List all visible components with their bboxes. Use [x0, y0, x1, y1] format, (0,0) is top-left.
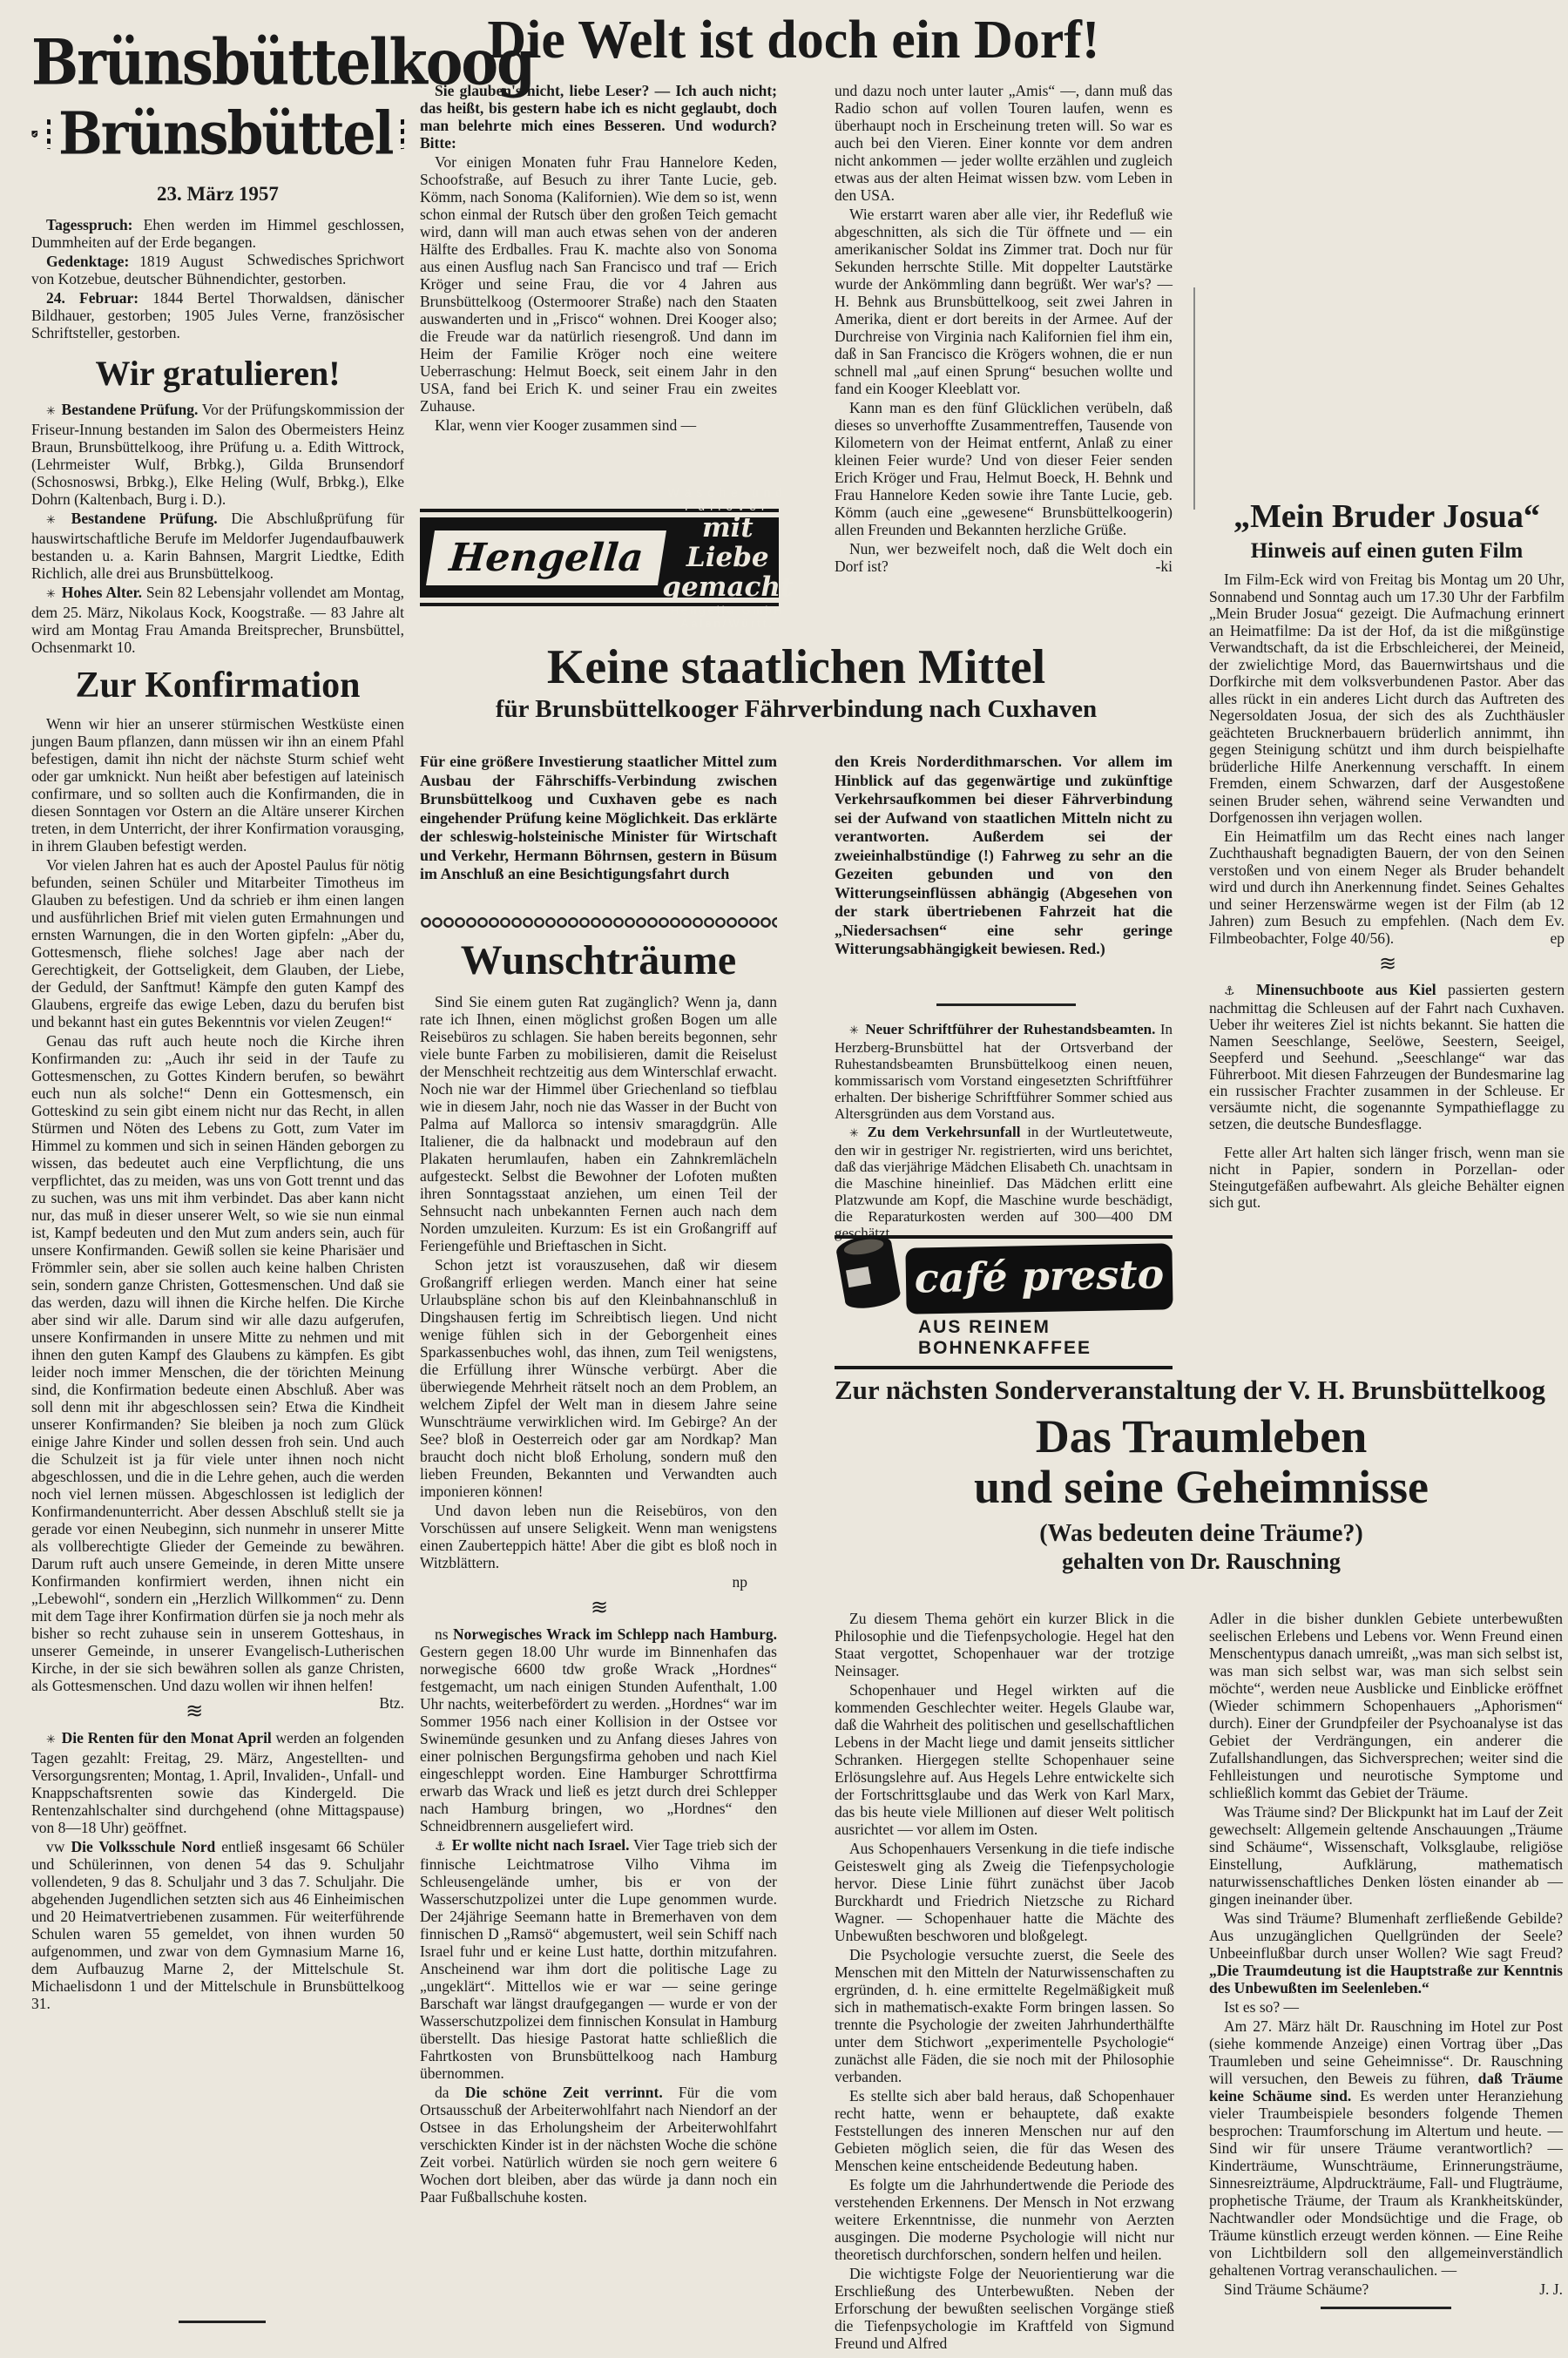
traum-paragraph: Am 27. März hält Dr. Rauschning im Hotel…: [1209, 2017, 1563, 2279]
masthead-flourish-right: [401, 119, 404, 150]
wave-divider: ≋: [420, 1596, 777, 1618]
svg-text:⚓: ⚓: [33, 132, 37, 137]
column-divider-rule: [1193, 287, 1195, 510]
cafe-presto-ad[interactable]: café presto AUS REINEM BOHNENKAFFEE: [835, 1232, 1173, 1373]
star-icon: ✳: [46, 1733, 57, 1747]
minensuch-notice: ⚓ Minensuchboote aus Kiel passierten ges…: [1209, 982, 1565, 1132]
hengella-company: Hengella GmbH Aalen/Württ.: [662, 604, 793, 630]
presto-subline: AUS REINEM BOHNENKAFFEE: [918, 1317, 1173, 1359]
josua-paragraph: Im Film-Eck wird von Freitag bis Montag …: [1209, 571, 1565, 827]
hengella-tagline-main: mit Liebe gemacht: [662, 513, 793, 602]
traum-article-col-left: Zu diesem Thema gehört ein kurzer Blick …: [835, 1610, 1174, 2354]
tagesspruch: Tagesspruch: Ehen werden im Himmel gesch…: [31, 216, 404, 251]
schriftfuehrer-notice: ✳ Neuer Schriftführer der Ruhestandsbeam…: [835, 1021, 1173, 1122]
item-lead: Hohes Alter.: [62, 584, 142, 601]
masthead: Brünsbüttelkoog ⚓ Brünsbüttel 23. März 1…: [31, 35, 404, 206]
wunschtraeume-paragraph: Schon jetzt ist vorauszusehen, daß wir d…: [420, 1256, 777, 1500]
item-lead: Bestandene Prüfung.: [62, 401, 199, 418]
gratulieren-item: ✳ Hohes Alter. Sein 82 Lebensjahr vollen…: [31, 584, 404, 656]
konfirmation-text: Genau das ruft auch heute noch die Kirch…: [31, 1032, 404, 1694]
traum-bold-quote: „Die Traumdeutung ist die Hauptstraße zu…: [1209, 1962, 1563, 1997]
unfall-text: in der Wurtleutetweute, den wir in gestr…: [835, 1124, 1173, 1241]
author-sig: -ki: [1132, 557, 1173, 575]
wunschtraeume-title: Wunschträume: [420, 937, 777, 984]
wrack-text: Gestern gegen 18.00 Uhr wurde im Binnenh…: [420, 1643, 777, 1834]
welt-closing: Nun, wer bezweifelt noch, daß die Welt d…: [835, 540, 1173, 575]
traum-title-block: Das Traumleben und seine Geheimnisse (Wa…: [835, 1411, 1568, 1575]
star-icon: ✳: [849, 1024, 861, 1037]
zeit-text: Für die vom Ortsausschuß der Arbeiterwoh…: [420, 2084, 777, 2206]
traum-paragraph: Es folgte um die Jahrhundertwende die Pe…: [835, 2176, 1174, 2263]
konfirmation-paragraph: Vor vielen Jahren hat es auch der Aposte…: [31, 856, 404, 1030]
welt-paragraph: Wie erstarrt waren aber alle vier, ihr R…: [835, 206, 1173, 397]
hengella-logo: Hengella: [426, 530, 666, 585]
minensuch-text: passierten gestern nachmittag die Schleu…: [1209, 981, 1565, 1132]
section-rule: [936, 1003, 1076, 1006]
traum-title-line1: Das Traumleben: [835, 1411, 1568, 1462]
israel-lead: Er wollte nicht nach Israel.: [452, 1836, 630, 1854]
josua-text: Ein Heimatfilm um das Recht eines nach l…: [1209, 828, 1565, 947]
volksschule-lead: Die Volksschule Nord: [71, 1838, 215, 1855]
faehre-headline: Keine staatlichen Mittel: [418, 642, 1174, 693]
josua-paragraph: Ein Heimatfilm um das Recht eines nach l…: [1209, 828, 1565, 948]
josua-title: „Mein Bruder Josua“: [1209, 498, 1565, 535]
welt-closing-text: Nun, wer bezweifelt noch, daß die Welt d…: [835, 540, 1173, 575]
welt-paragraph: Vor einigen Monaten fuhr Frau Hannelore …: [420, 153, 777, 415]
gedenktag2-label: 24. Februar:: [46, 289, 139, 307]
konfirmation-paragraph: Genau das ruft auch heute noch die Kirch…: [31, 1032, 404, 1694]
welt-paragraph: und dazu noch unter lauter „Amis“ —, dan…: [835, 82, 1173, 204]
author-sig: J. J.: [1516, 2280, 1563, 2298]
wunschtraeume-paragraph: Sind Sie einem guten Rat zugänglich? Wen…: [420, 993, 777, 1254]
josua-subtitle: Hinweis auf einen guten Film: [1209, 538, 1565, 564]
traum-article-col-right: Adler in die bisher dunklen Gebiete unte…: [1209, 1610, 1563, 2309]
traum-paragraph: Die wichtigste Folge der Neuorientierung…: [835, 2265, 1174, 2352]
traum-paragraph: Adler in die bisher dunklen Gebiete unte…: [1209, 1610, 1563, 1801]
traum-paragraph: Die Psychologie versuchte zuerst, die Se…: [835, 1946, 1174, 2085]
masthead-title-line1: Brünsbüttelkoog: [31, 31, 404, 96]
traum-paragraph: Ist es so? —: [1209, 1998, 1563, 2016]
faehre-subhead: für Brunsbüttelkooger Fährverbindung nac…: [418, 694, 1174, 724]
traum-paragraph: Es stellte sich aber bald heraus, daß Sc…: [835, 2087, 1174, 2174]
correspondent-kuerzel: vw: [46, 1838, 64, 1855]
traum-title-line2: und seine Geheimnisse: [835, 1462, 1568, 1512]
zeit-lead: Die schöne Zeit verrinnt.: [465, 2084, 663, 2101]
welt-paragraph: Kann man es den fünf Glücklichen verübel…: [835, 399, 1173, 538]
sonder-heading: Zur nächsten Sonderveranstaltung der V. …: [835, 1375, 1568, 1406]
wave-divider: ≋: [31, 1699, 404, 1722]
ad-rule: [835, 1366, 1173, 1369]
ship-icon: ⚓: [1224, 984, 1245, 998]
faehre-intro-right: den Kreis Norderdithmarschen. Vor allem …: [835, 753, 1173, 961]
tagesspruch-label: Tagesspruch:: [46, 216, 133, 233]
gedenktag-2: 24. Februar: 1844 Bertel Thorwaldsen, dä…: [31, 289, 404, 341]
braid-ornament: [420, 916, 777, 929]
masthead-flourish-left: [47, 119, 51, 150]
renten-lead: Die Renten für den Monat April: [62, 1729, 272, 1747]
traum-closing-text: Sind Träume Schäume?: [1224, 2280, 1369, 2298]
correspondent-kuerzel: da: [435, 2084, 449, 2101]
traum-paragraph: Was Träume sind? Der Blickpunkt hat im L…: [1209, 1803, 1563, 1908]
column-3-mid: ✳ Neuer Schriftführer der Ruhestandsbeam…: [835, 1021, 1173, 1243]
volksschule-notice: vw Die Volksschule Nord entließ insgesam…: [31, 1838, 404, 2012]
konfirmation-title: Zur Konfirmation: [31, 665, 404, 706]
schriftfuehrer-lead: Neuer Schriftführer der Ruhestandsbeamte…: [865, 1021, 1155, 1037]
traum-paragraph: Aus Schopenhauers Versenkung in die tief…: [835, 1840, 1174, 1944]
konfirmation-paragraph: Wenn wir hier an unserer stürmischen Wes…: [31, 715, 404, 855]
article-end-rule: [1321, 2307, 1451, 2309]
wave-divider: ≋: [1209, 952, 1565, 975]
fette-filler: Fette aller Art halten sich länger frisc…: [1209, 1145, 1565, 1211]
gratulieren-item: ✳ Bestandene Prüfung. Die Abschlußprüfun…: [31, 510, 404, 582]
traum-paragraph: Schopenhauer und Hegel wirkten auf die k…: [835, 1681, 1174, 1838]
israel-notice: ⚓ Er wollte nicht nach Israel. Vier Tage…: [420, 1836, 777, 2082]
traum-paragraph: Zu diesem Thema gehört ein kurzer Blick …: [835, 1610, 1174, 1679]
unfall-lead: Zu dem Verkehrsunfall: [868, 1124, 1021, 1140]
presto-logo-bar: café presto: [905, 1243, 1173, 1314]
item-lead: Bestandene Prüfung.: [71, 510, 218, 527]
correspondent-kuerzel: ns: [435, 1625, 449, 1643]
wrack-lead: Norwegisches Wrack im Schlepp nach Hambu…: [453, 1625, 777, 1643]
israel-text: Vier Tage trieb sich der finnische Leich…: [420, 1836, 777, 2082]
town-crest-icon: ⚓: [31, 94, 38, 174]
wrack-notice: ns Norwegisches Wrack im Schlepp nach Ha…: [420, 1625, 777, 1834]
welt-article-col-right: und dazu noch unter lauter „Amis“ —, dan…: [835, 82, 1173, 577]
wunschtraeume-paragraph: Und davon leben nun die Reisebüros, von …: [420, 1502, 777, 1571]
column-end-rule: [179, 2321, 266, 2323]
welt-article-col-left: Sie glauben's nicht, liebe Leser? — Ich …: [420, 82, 777, 436]
volksschule-text: entließ insgesamt 66 Schüler und Schüler…: [31, 1838, 404, 2012]
star-icon: ✳: [46, 514, 57, 527]
left-column: Brünsbüttelkoog ⚓ Brünsbüttel 23. März 1…: [31, 35, 404, 2014]
star-icon: ✳: [46, 405, 57, 418]
traum-speaker: gehalten von Dr. Rauschning: [835, 1548, 1568, 1575]
minensuch-lead: Minensuchboote aus Kiel: [1256, 981, 1436, 998]
welt-headline: Die Welt ist doch ein Dorf!: [418, 12, 1169, 68]
traum-subtitle: (Was bedeuten deine Träume?): [835, 1519, 1568, 1548]
welt-paragraph: Klar, wenn vier Kooger zusammen sind —: [420, 416, 777, 434]
gratulieren-title: Wir gratulieren!: [31, 354, 404, 394]
traum-paragraph: Was sind Träume? Blumenhaft zerfließende…: [1209, 1909, 1563, 1997]
hengella-ad[interactable]: Hengella Wäsche und Pullover mit Liebe g…: [420, 505, 779, 610]
column-4-top: „Mein Bruder Josua“ Hinweis auf einen gu…: [1209, 498, 1565, 1213]
issue-date: 23. März 1957: [31, 183, 404, 206]
masthead-title-line2: Brünsbüttel: [58, 104, 392, 164]
gratulieren-item: ✳ Bestandene Prüfung. Vor der Prüfungsko…: [31, 401, 404, 508]
ship-icon: ⚓: [435, 1840, 448, 1854]
gedenktage-label: Gedenktage:: [46, 253, 129, 270]
renten-notice: ✳ Die Renten für den Monat April werden …: [31, 1729, 404, 1836]
zeit-notice: da Die schöne Zeit verrinnt. Für die vom…: [420, 2084, 777, 2206]
traum-closing: Sind Träume Schäume? J. J.: [1209, 2280, 1563, 2298]
author-sig: ep: [1526, 930, 1565, 948]
star-icon: ✳: [46, 588, 57, 601]
tagesspruch-source: Schwedisches Sprichwort: [224, 251, 404, 268]
star-icon: ✳: [849, 1127, 861, 1140]
welt-intro: Sie glauben's nicht, liebe Leser? — Ich …: [420, 82, 777, 152]
unfall-notice: ✳ Zu dem Verkehrsunfall in der Wurtleute…: [835, 1124, 1173, 1241]
column-2-lower: Wunschträume Sind Sie einem guten Rat zu…: [420, 937, 777, 2207]
author-sig: Btz.: [355, 1694, 404, 1712]
faehre-intro-left: Für eine größere Investierung staatliche…: [420, 753, 777, 886]
hengella-tagline-top: Wäsche und Pullover: [662, 485, 793, 513]
coffee-can-icon: [828, 1228, 909, 1319]
author-sig: np: [420, 1573, 777, 1591]
faehre-headline-block: Keine staatlichen Mittel für Brunsbüttel…: [418, 642, 1174, 724]
